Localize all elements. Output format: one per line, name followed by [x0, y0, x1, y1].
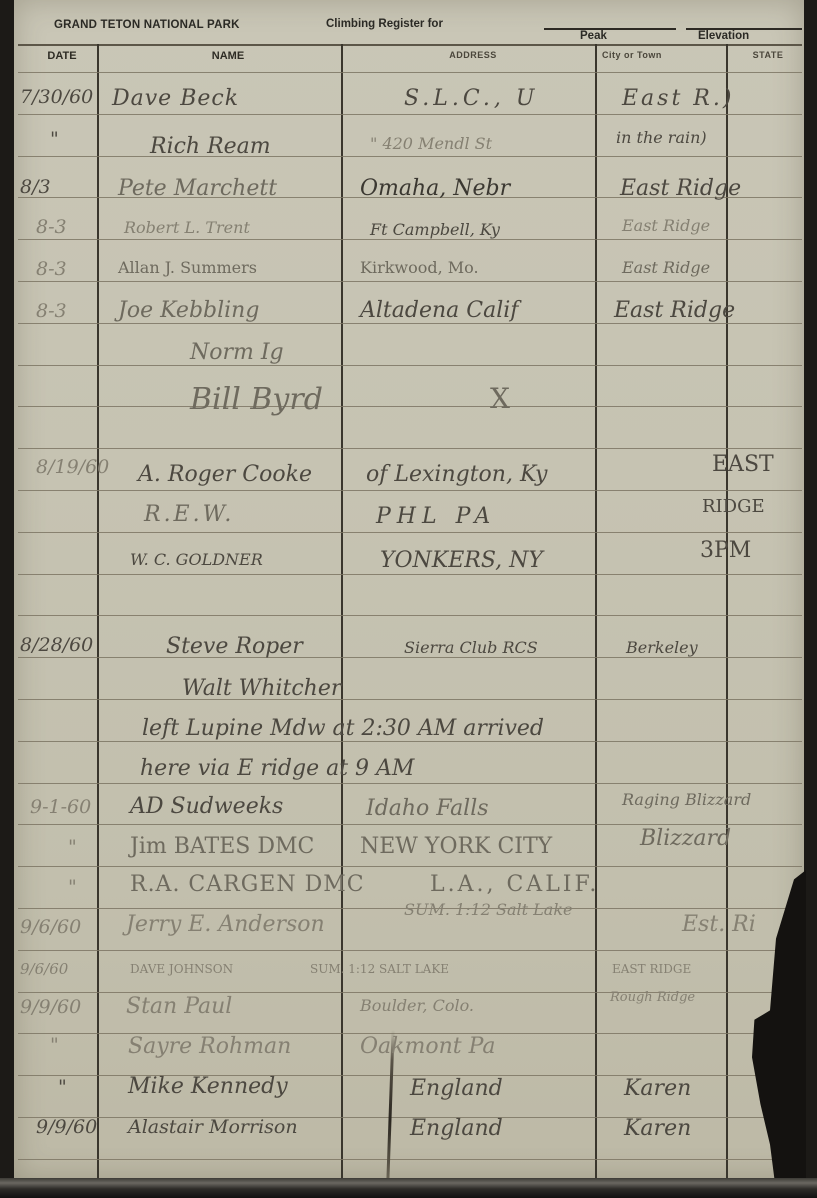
entry-name: Joe Kebbling	[118, 298, 259, 323]
ruled-line	[18, 156, 802, 157]
entry-address: S.L.C., U	[404, 86, 538, 111]
entry-name: Dave Beck	[112, 86, 239, 111]
entry-date: 8/28/60	[20, 634, 93, 656]
entry-route: East Ridge	[622, 216, 710, 235]
entry-route: RIDGE	[702, 496, 765, 517]
entry-date: 8/19/60	[36, 456, 109, 478]
entry-address: NEW YORK CITY	[360, 834, 552, 859]
entry-date: 9/9/60	[20, 996, 81, 1018]
entry-name: R.A. CARGEN DMC	[130, 872, 365, 897]
ruled-line	[18, 406, 802, 407]
ruled-line	[18, 950, 802, 951]
entry-name: Jerry E. Anderson	[126, 912, 325, 937]
entry-name: R.E.W.	[144, 502, 234, 527]
ruled-line	[18, 1159, 802, 1160]
entry-address: X	[490, 382, 510, 415]
entry-name: W. C. GOLDNER	[130, 550, 263, 569]
entry-name: DAVE JOHNSON	[130, 962, 233, 976]
entry-address: SUM. 1:12 Salt Lake	[404, 900, 572, 919]
ruled-line	[18, 532, 802, 533]
ruled-line	[18, 72, 802, 73]
entry-address: Ft Campbell, Ky	[370, 220, 500, 239]
ruled-line	[18, 239, 802, 240]
entry-date: "	[58, 1076, 67, 1098]
entry-date: 9-1-60	[30, 796, 91, 818]
entry-date: "	[68, 836, 77, 858]
entry-address: England	[410, 1116, 503, 1141]
entry-address: of Lexington, Ky	[366, 462, 547, 487]
column-address: ADDRESS	[348, 50, 598, 60]
ruled-line	[18, 365, 802, 366]
entry-date: "	[50, 128, 59, 150]
column-city: City or Town	[602, 50, 732, 60]
entry-address: YONKERS, NY	[380, 548, 543, 573]
frame-bottom-rail	[0, 1178, 817, 1198]
entry-name: Rich Ream	[150, 134, 271, 159]
entry-date: 8-3	[36, 258, 67, 280]
entry-route: East R.)	[622, 86, 734, 111]
entry-date: 9/6/60	[20, 916, 81, 938]
ruled-line	[18, 615, 802, 616]
entry-name: AD Sudweeks	[130, 794, 283, 819]
ruled-line	[18, 866, 802, 867]
entry-name: Robert L. Trent	[124, 218, 250, 237]
entry-name: Norm Ig	[190, 340, 284, 365]
entry-name: Allan J. Summers	[118, 258, 257, 277]
entry-route: Raging Blizzard	[622, 790, 751, 809]
peak-blank-line	[544, 28, 676, 30]
entry-route: East Ridge	[614, 298, 735, 323]
column-name: NAME	[108, 50, 348, 62]
column-date: DATE	[32, 50, 92, 62]
entry-name: Pete Marchett	[118, 176, 277, 201]
ruled-line	[18, 699, 802, 700]
ruled-line	[18, 783, 802, 784]
entry-address: Kirkwood, Mo.	[360, 258, 479, 277]
park-name: GRAND TETON NATIONAL PARK	[54, 19, 240, 31]
ruled-line	[18, 114, 802, 115]
entry-name: Jim BATES DMC	[130, 834, 314, 859]
entry-name: here via E ridge at 9 AM	[140, 756, 414, 781]
entry-route: EAST RIDGE	[612, 962, 691, 976]
entry-name: Steve Roper	[166, 634, 303, 659]
divider-name	[341, 44, 343, 1180]
peak-label: Peak	[580, 30, 607, 42]
entry-name: Stan Paul	[126, 994, 232, 1019]
entry-route: Karen	[624, 1116, 691, 1141]
entry-name: left Lupine Mdw at 2:30 AM arrived	[142, 716, 544, 741]
ruled-line	[18, 657, 802, 658]
entry-route: Rough Ridge	[610, 990, 695, 1005]
divider-city	[726, 44, 728, 1180]
entry-route: EAST	[712, 452, 774, 477]
entry-address: SUM. 1:12 SALT LAKE	[310, 962, 449, 976]
entry-name: A. Roger Cooke	[138, 462, 312, 487]
entry-route: East Ridge	[622, 258, 710, 277]
entry-address: L.A., CALIF.	[430, 872, 599, 897]
ruled-line	[18, 448, 802, 449]
entry-date: 8/3	[20, 176, 51, 198]
entry-route: Est. Ri	[682, 912, 756, 937]
entry-address: PHL PA	[376, 504, 496, 529]
entry-address: " 420 Mendl St	[370, 134, 492, 153]
entry-date: 8-3	[36, 216, 67, 238]
entry-route: Blizzard	[640, 826, 731, 851]
entry-route: Karen	[624, 1076, 691, 1101]
register-for-label: Climbing Register for	[326, 18, 443, 30]
elevation-label: Elevation	[698, 30, 749, 42]
entry-name: Sayre Rohman	[128, 1034, 291, 1059]
entry-name: Mike Kennedy	[128, 1074, 288, 1099]
ruled-line	[18, 490, 802, 491]
divider-date	[97, 44, 99, 1180]
entry-route: 3PM	[700, 538, 751, 563]
entry-route: Berkeley	[626, 638, 698, 657]
column-header-row: DATE NAME ADDRESS City or Town STATE	[18, 44, 802, 74]
form-header: GRAND TETON NATIONAL PARK Climbing Regis…	[14, 0, 804, 44]
climbing-register-page: GRAND TETON NATIONAL PARK Climbing Regis…	[14, 0, 804, 1180]
entry-address: Altadena Calif	[360, 298, 518, 323]
entry-name: Alastair Morrison	[128, 1116, 298, 1138]
entry-route: in the rain)	[616, 128, 707, 147]
ruled-line	[18, 574, 802, 575]
entry-name: Bill Byrd	[190, 382, 323, 417]
entry-route: East Ridge	[620, 176, 741, 201]
ruled-line	[18, 281, 802, 282]
entry-name: Walt Whitcher	[182, 676, 341, 701]
entry-date: 9/6/60	[20, 960, 68, 978]
column-state: STATE	[738, 50, 798, 60]
entry-date: "	[68, 876, 77, 898]
divider-address	[595, 44, 597, 1180]
entry-address: Omaha, Nebr	[360, 176, 510, 201]
entry-date: 7/30/60	[20, 86, 93, 108]
entry-date: "	[50, 1034, 59, 1056]
entry-address: Sierra Club RCS	[404, 638, 538, 657]
entry-address: Boulder, Colo.	[360, 996, 474, 1015]
entry-address: Oakmont Pa	[360, 1034, 496, 1059]
entry-address: Idaho Falls	[366, 796, 489, 821]
entry-date: 8-3	[36, 300, 67, 322]
entry-date: 9/9/60	[36, 1116, 97, 1138]
entry-address: England	[410, 1076, 503, 1101]
